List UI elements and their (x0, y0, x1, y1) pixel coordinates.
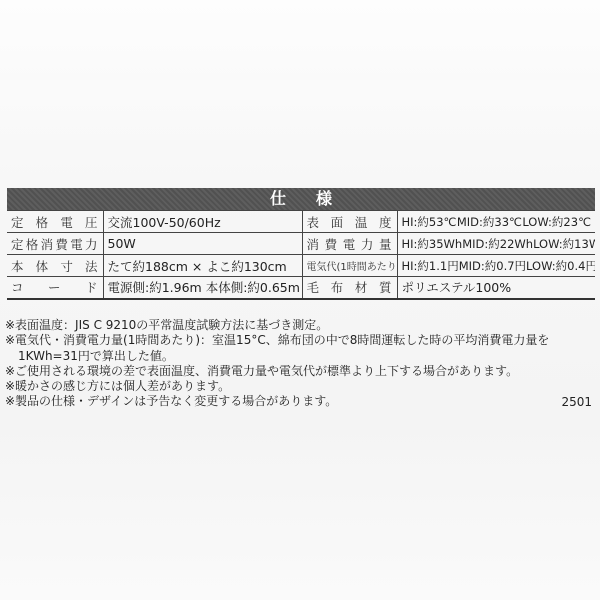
cost-low: LOW:約0.4円 (526, 258, 595, 274)
energy-hi: HI:約35Wh (402, 236, 463, 252)
document-code: 2501 (561, 395, 592, 409)
value-rated-power: 50W (103, 233, 302, 255)
energy-low: LOW:約13Wh (533, 236, 595, 252)
note-electricity-cont: 1KWh=31円で算出した値。 (5, 349, 595, 364)
value-cord: 電源側:約1.96m 本体側:約0.65m (103, 277, 302, 299)
label-energy-use: 消費電力量 (302, 233, 397, 255)
document-background (0, 0, 600, 600)
value-material: ポリエステル100% (397, 277, 595, 299)
label-cord: コード (7, 277, 103, 299)
spec-grid: 定格電圧 交流100V-50/60Hz 表面温度 HI:約53℃ MID:約33… (7, 210, 595, 300)
cost-hi: HI:約1.1円 (402, 258, 459, 274)
table-row: コード 電源側:約1.96m 本体側:約0.65m 毛布材質 ポリエステル100… (7, 277, 595, 299)
spec-title: 仕様 (7, 188, 595, 210)
cost-mid: MID:約0.7円 (459, 258, 526, 274)
note-design-change: ※製品の仕様・デザインは予告なく変更する場合があります。 (5, 394, 595, 409)
surface-temp-hi: HI:約53℃ (402, 214, 457, 230)
surface-temp-mid: MID:約33℃ (457, 214, 522, 230)
value-electricity-cost: HI:約1.1円 MID:約0.7円 LOW:約0.4円 (397, 255, 595, 277)
value-rated-voltage: 交流100V-50/60Hz (103, 211, 302, 233)
note-electricity: ※電気代・消費電力量(1時間あたり)：室温15°C、綿布団の中で8時間運転した時… (5, 333, 595, 348)
table-row: 定格電圧 交流100V-50/60Hz 表面温度 HI:約53℃ MID:約33… (7, 211, 595, 233)
value-surface-temp: HI:約53℃ MID:約33℃ LOW:約23℃ (397, 211, 595, 233)
table-row: 本体寸法 たて約188cm × よこ約130cm 電気代(1時間あたり) HI:… (7, 255, 595, 277)
spec-table: 仕様 定格電圧 交流100V-50/60Hz 表面温度 HI:約53℃ MID:… (7, 188, 595, 300)
energy-mid: MID:約22Wh (462, 236, 533, 252)
note-surface-temp: ※表面温度：JIS C 9210の平常温度試験方法に基づき測定。 (5, 318, 595, 333)
note-warmth: ※暖かさの感じ方には個人差があります。 (5, 379, 595, 394)
label-dimensions: 本体寸法 (7, 255, 103, 277)
value-dimensions: たて約188cm × よこ約130cm (103, 255, 302, 277)
label-electricity-cost: 電気代(1時間あたり) (302, 255, 397, 277)
label-rated-power: 定格消費電力 (7, 233, 103, 255)
value-energy-use: HI:約35Wh MID:約22Wh LOW:約13Wh (397, 233, 595, 255)
note-environment: ※ご使用される環境の差で表面温度、消費電力量や電気代が標準より上下する場合があり… (5, 364, 595, 379)
label-rated-voltage: 定格電圧 (7, 211, 103, 233)
label-surface-temp: 表面温度 (302, 211, 397, 233)
surface-temp-low: LOW:約23℃ (522, 214, 591, 230)
table-row: 定格消費電力 50W 消費電力量 HI:約35Wh MID:約22Wh LOW:… (7, 233, 595, 255)
label-material: 毛布材質 (302, 277, 397, 299)
notes: ※表面温度：JIS C 9210の平常温度試験方法に基づき測定。 ※電気代・消費… (5, 318, 595, 410)
